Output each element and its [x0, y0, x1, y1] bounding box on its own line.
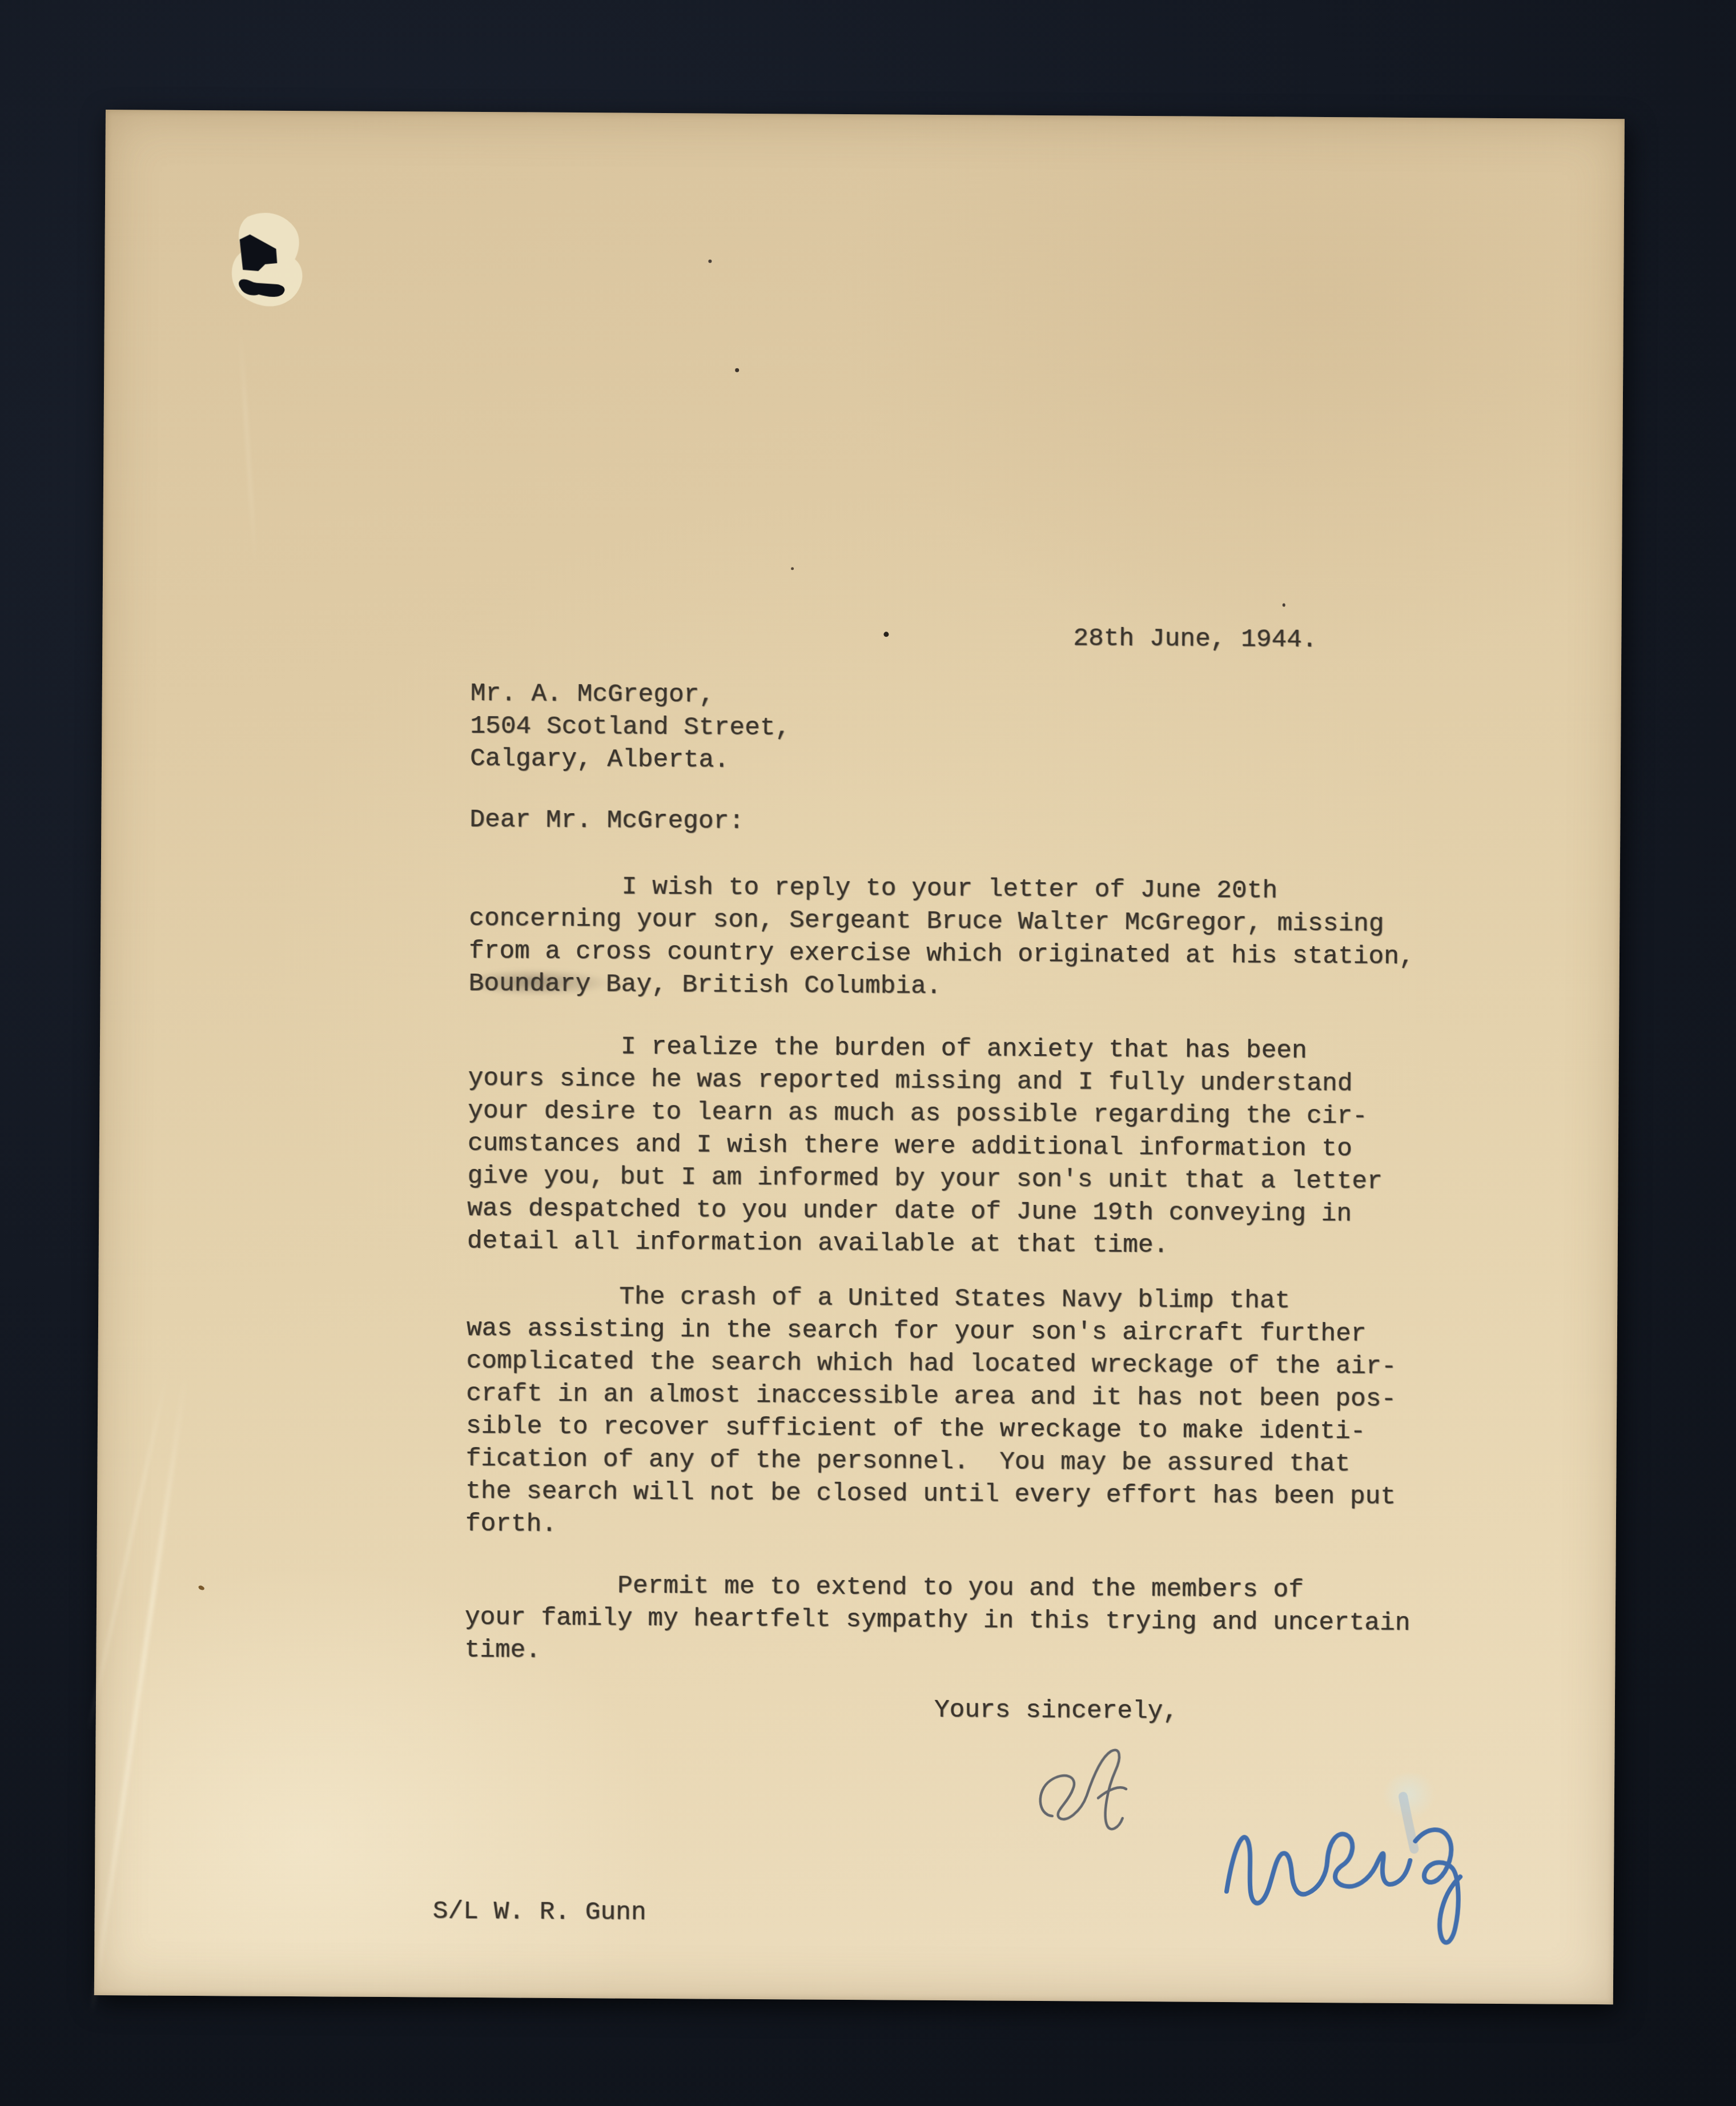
closing-valediction: Yours sincerely,: [934, 1694, 1179, 1729]
paper-speck: [1283, 604, 1285, 607]
paragraph-2: I realize the burden of anxiety that has…: [467, 1030, 1384, 1264]
letter-date: 28th June, 1944.: [1073, 622, 1317, 657]
paper-speck: [735, 368, 739, 372]
paper-speck: [791, 567, 794, 570]
paragraph-1: I wish to reply to your letter of June 2…: [468, 870, 1414, 1006]
photo-backdrop: 28th June, 1944. Mr. A. McGregor, 1504 S…: [0, 0, 1736, 2106]
ink-speck: [883, 632, 889, 637]
paper-crease: [87, 1369, 170, 1732]
paper-crease: [239, 328, 257, 567]
paragraph-4: Permit me to extend to you and the membe…: [464, 1569, 1410, 1673]
paper-speck: [198, 1585, 205, 1591]
pencil-initials-mark: [1030, 1729, 1145, 1844]
letter-page: 28th June, 1944. Mr. A. McGregor, 1504 S…: [94, 110, 1625, 2004]
paper-speck: [708, 259, 712, 263]
ink-initials-mark: [1213, 1767, 1512, 1963]
torn-hole: [213, 196, 328, 328]
salutation: Dear Mr. McGregor:: [469, 804, 744, 838]
paper-crease: [90, 1374, 187, 2013]
signature-name: S/L W. R. Gunn: [433, 1896, 646, 1930]
recipient-address: Mr. A. McGregor, 1504 Scotland Street, C…: [470, 678, 791, 777]
paragraph-3: The crash of a United States Navy blimp …: [465, 1280, 1397, 1546]
